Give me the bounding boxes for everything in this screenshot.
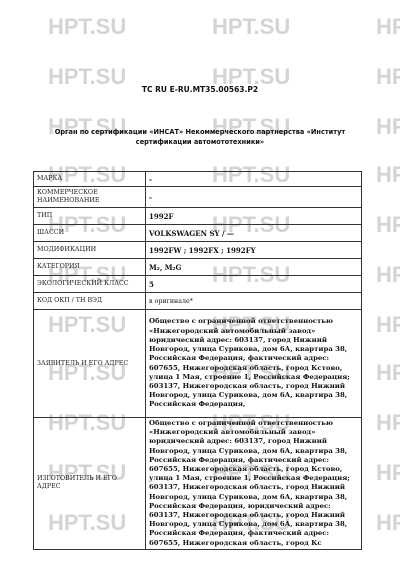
- row-label: КАТЕГОРИЯ: [34, 259, 146, 276]
- table-row: КОД ОКП / ТН ВЭД в оригинале*: [34, 293, 362, 310]
- document-number: TC RU E-RU.MT35.00563.P2: [0, 85, 400, 94]
- row-label: МОДИФИКАЦИИ: [34, 242, 146, 259]
- row-label: ЗАЯВИТЕЛЬ И ЕГО АДРЕС: [34, 310, 146, 418]
- table-row: ИЗГОТОВИТЕЛЬ И ЕГО АДРЕС Общество с огра…: [34, 418, 362, 550]
- watermark: HPT.SU: [376, 114, 400, 140]
- table-row: ЗАЯВИТЕЛЬ И ЕГО АДРЕС Общество с огранич…: [34, 310, 362, 418]
- certification-body: Орган по сертификации «ИНСАТ» Некоммерче…: [50, 128, 350, 147]
- table-row: КОММЕРЧЕСКОЕ НАИМЕНОВАНИЕ -: [34, 187, 362, 208]
- watermark: HPT.SU: [376, 162, 400, 188]
- row-label: ТИП: [34, 208, 146, 225]
- row-value: VOLKSWAGEN SY / —: [146, 225, 362, 242]
- manufacturer-address: Общество с ограниченной ответственностью…: [146, 418, 362, 550]
- table-row: МОДИФИКАЦИИ 1992FW ; 1992FX ; 1992FY: [34, 242, 362, 259]
- certificate-table: МАРКА - КОММЕРЧЕСКОЕ НАИМЕНОВАНИЕ - ТИП …: [33, 171, 362, 550]
- row-value: -: [146, 172, 362, 187]
- row-label: ИЗГОТОВИТЕЛЬ И ЕГО АДРЕС: [34, 418, 146, 550]
- table-row: ТИП 1992F: [34, 208, 362, 225]
- watermark: HPT.SU: [376, 410, 400, 436]
- row-label: ЭКОЛОГИЧЕСКИЙ КЛАСС: [34, 276, 146, 293]
- watermark: HPT.SU: [376, 510, 400, 536]
- watermark: HPT.SU: [376, 360, 400, 386]
- watermark: HPT.SU: [376, 460, 400, 486]
- row-label: КОММЕРЧЕСКОЕ НАИМЕНОВАНИЕ: [34, 187, 146, 208]
- watermark: HPT.SU: [212, 14, 290, 40]
- row-value: 5: [146, 276, 362, 293]
- row-label: МАРКА: [34, 172, 146, 187]
- watermark: HPT.SU: [376, 14, 400, 40]
- row-value: -: [146, 187, 362, 208]
- applicant-address: Общество с ограниченной ответственностью…: [146, 310, 362, 418]
- watermark: HPT.SU: [376, 212, 400, 238]
- row-value: M₂, M₂G: [146, 259, 362, 276]
- watermark: HPT.SU: [376, 262, 400, 288]
- row-label: ШАССИ: [34, 225, 146, 242]
- row-value: 1992FW ; 1992FX ; 1992FY: [146, 242, 362, 259]
- row-label: КОД ОКП / ТН ВЭД: [34, 293, 146, 310]
- row-value: 1992F: [146, 208, 362, 225]
- watermark: HPT.SU: [48, 14, 126, 40]
- table-row: ШАССИ VOLKSWAGEN SY / —: [34, 225, 362, 242]
- table-row: ЭКОЛОГИЧЕСКИЙ КЛАСС 5: [34, 276, 362, 293]
- watermark: HPT.SU: [376, 312, 400, 338]
- table-row: МАРКА -: [34, 172, 362, 187]
- row-value: в оригинале*: [146, 293, 362, 310]
- table-row: КАТЕГОРИЯ M₂, M₂G: [34, 259, 362, 276]
